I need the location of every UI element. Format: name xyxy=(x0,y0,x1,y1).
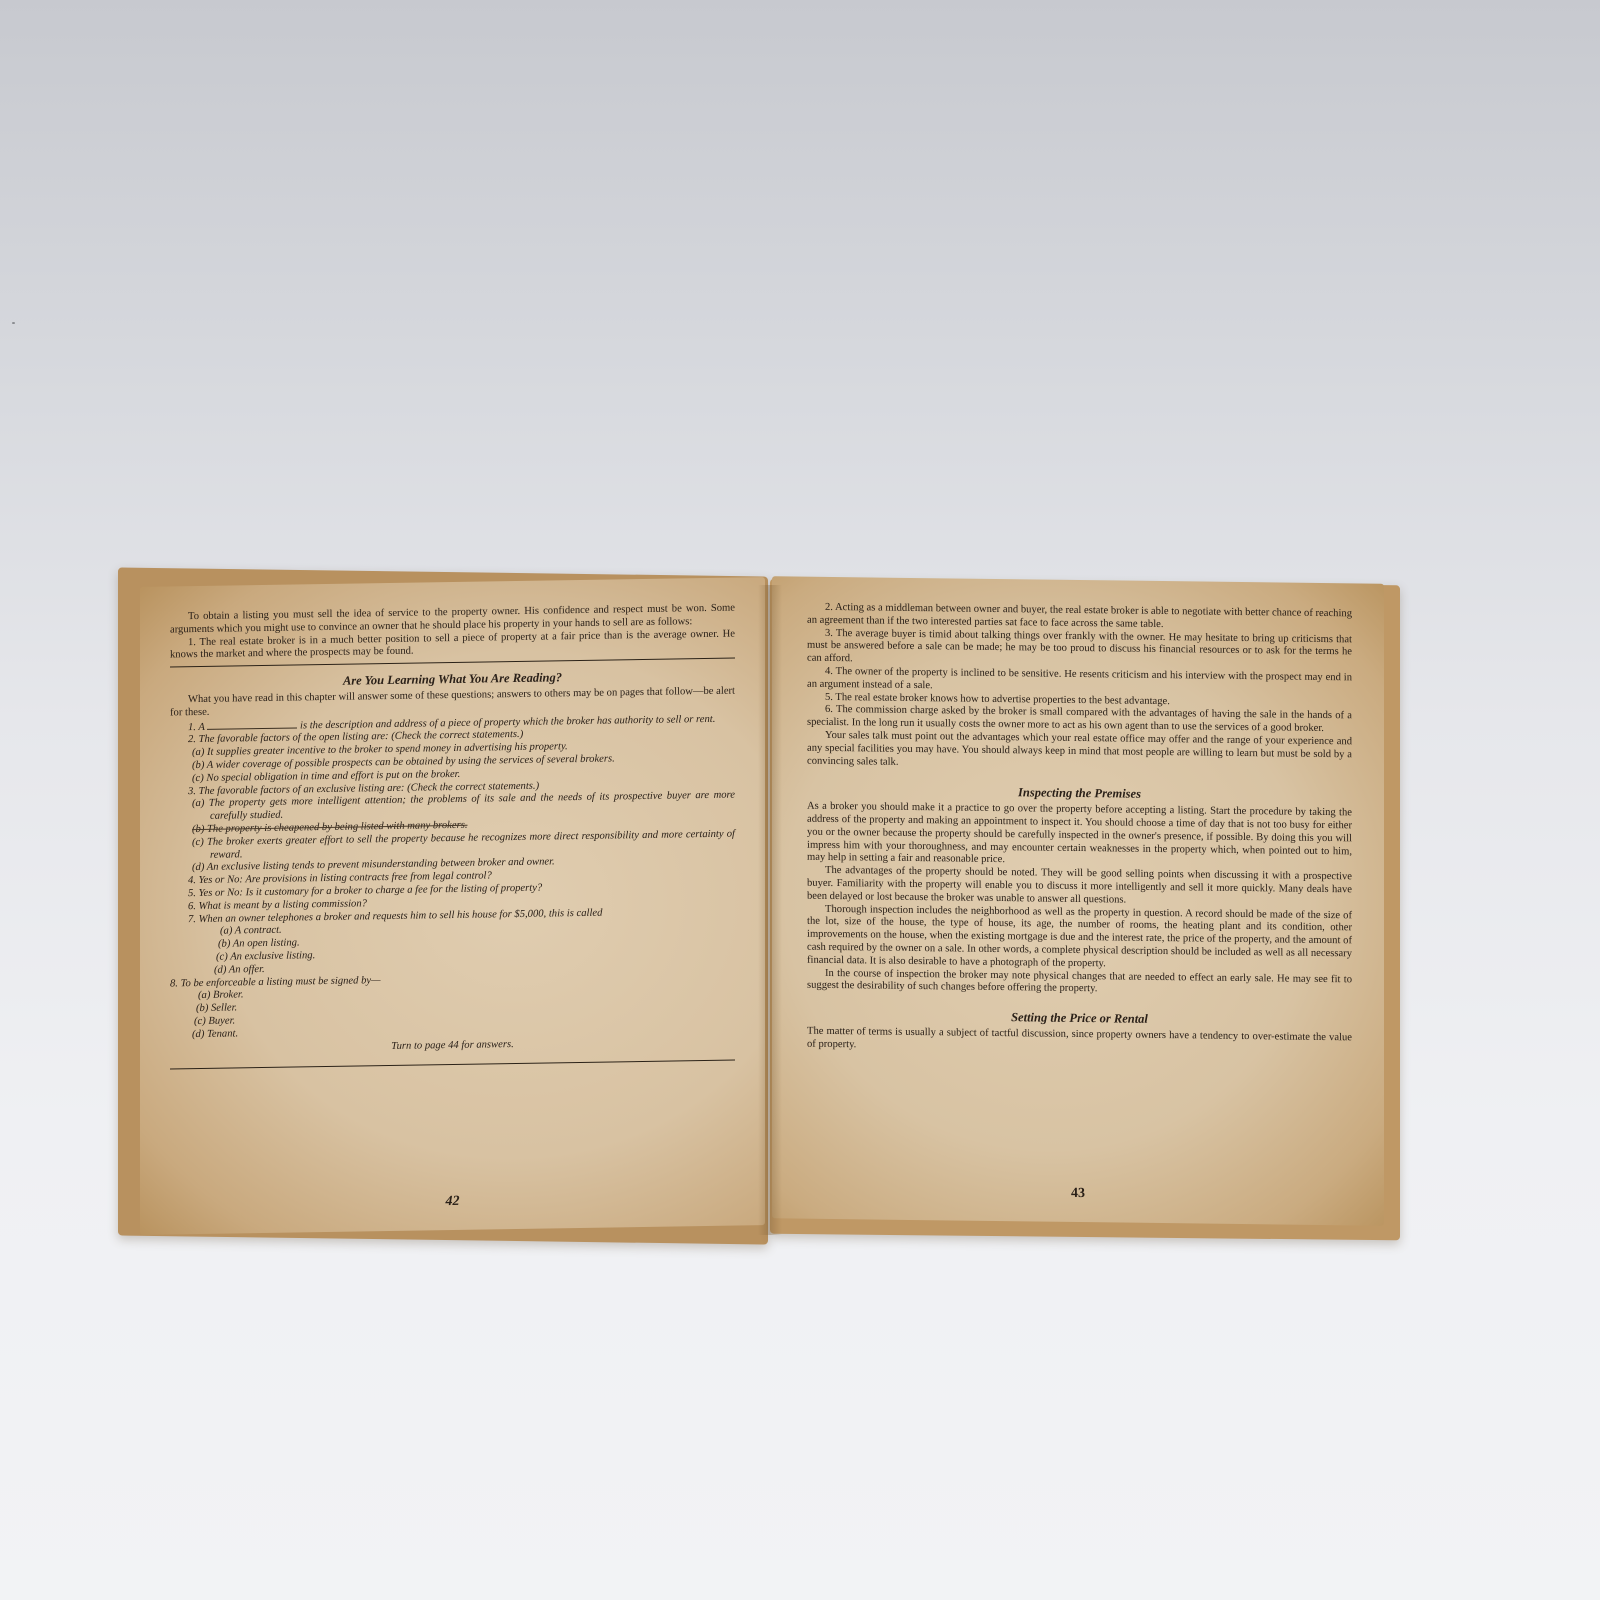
book-spine-gutter xyxy=(758,585,782,1235)
photo-scene: To obtain a listing you must sell the id… xyxy=(0,0,1600,1600)
section-heading-price: Setting the Price or Rental xyxy=(807,1009,1352,1028)
answer-blank xyxy=(207,718,297,729)
page-43: 2. Acting as a middleman between owner a… xyxy=(772,576,1384,1225)
divider-rule-bottom xyxy=(170,1060,735,1070)
open-booklet: To obtain a listing you must sell the id… xyxy=(0,0,1600,1600)
point-3: 3. The average buyer is timid about talk… xyxy=(807,627,1352,672)
inspecting-paragraph-3: Thorough inspection includes the neighbo… xyxy=(807,903,1352,974)
inspecting-paragraph-2: The advantages of the property should be… xyxy=(807,865,1352,910)
inspecting-paragraph-4: In the course of inspection the broker m… xyxy=(807,967,1352,999)
page-number-43: 43 xyxy=(772,1182,1384,1205)
section-heading-inspecting: Inspecting the Premises xyxy=(807,784,1352,803)
price-paragraph: The matter of terms is usually a subject… xyxy=(807,1026,1352,1058)
sales-talk-paragraph: Your sales talk must point out the advan… xyxy=(807,730,1352,775)
inspecting-paragraph-1: As a broker you should make it a practic… xyxy=(807,801,1352,872)
page-number-42: 42 xyxy=(140,1189,765,1215)
page-42: To obtain a listing you must sell the id… xyxy=(140,577,765,1235)
quiz-questions: 1. A is the description and address of a… xyxy=(170,711,735,1057)
